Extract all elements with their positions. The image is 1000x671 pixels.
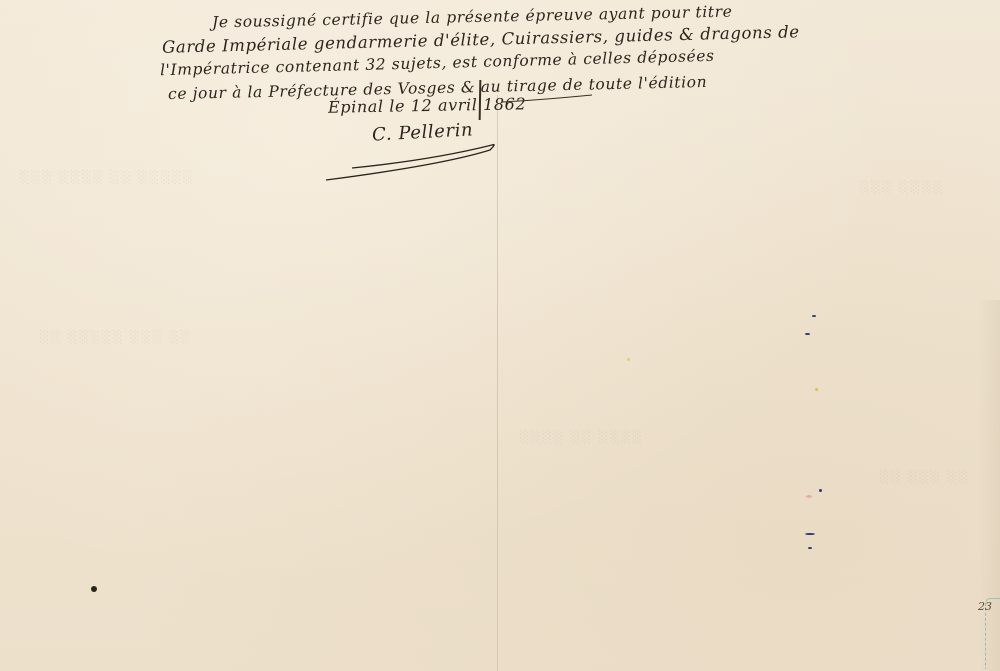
show-through-marks: ░░░ ░░░░	[860, 180, 944, 194]
color-speck	[819, 489, 822, 492]
color-speck	[812, 315, 816, 317]
show-through-marks: ░░░░ ░░ ░░░░	[520, 430, 644, 444]
color-speck	[808, 547, 812, 549]
color-speck	[805, 333, 810, 335]
show-through-marks: ░░ ░░░░░ ░░░ ░░	[40, 330, 192, 344]
corner-mark: 23	[978, 600, 992, 613]
place-date: Épinal le 12 avril 1862	[328, 94, 527, 116]
color-speck	[815, 388, 818, 391]
show-through-marks: ░░ ░░░ ░░	[880, 470, 970, 484]
color-speck	[806, 495, 812, 498]
date-underline	[500, 92, 595, 106]
color-speck	[805, 533, 815, 535]
ink-spot	[91, 586, 97, 592]
show-through-marks: ░░░ ░░░░ ░░ ░░░░░	[20, 170, 195, 184]
color-speck	[627, 358, 630, 361]
signature-flourish	[322, 140, 502, 185]
